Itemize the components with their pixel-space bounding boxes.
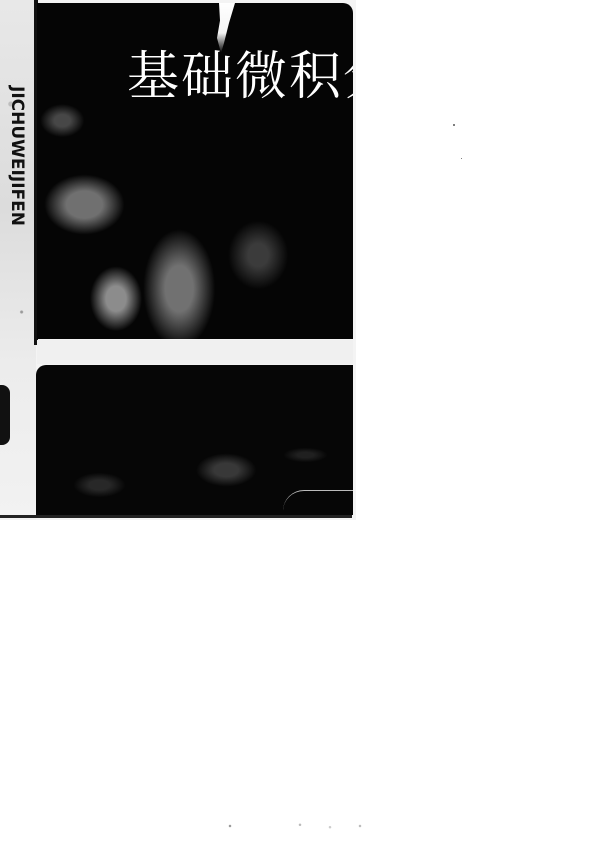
cover-upper-panel: 基础微积分: [37, 3, 353, 339]
scan-noise-footer: [210, 820, 410, 832]
scan-speck: [461, 158, 462, 159]
cover-tear-mark: [215, 3, 235, 53]
cover-horizontal-band: [37, 340, 353, 364]
cover-bottom-edge: [0, 515, 352, 518]
cover-title: 基础微积分: [127, 51, 353, 103]
spine-title-pinyin: JICHUWEIJIFEN: [7, 86, 27, 226]
cover-lower-panel: [36, 365, 353, 515]
scanned-page: JICHUWEIJIFEN 基础微积分: [0, 0, 592, 841]
book-cover: JICHUWEIJIFEN 基础微积分: [0, 0, 356, 520]
spine-title-pinyin-wrapper: JICHUWEIJIFEN: [3, 36, 31, 276]
cover-scratch-mark: [283, 490, 353, 511]
spine-tab-decoration: [0, 385, 10, 445]
scan-speck: [453, 124, 455, 126]
